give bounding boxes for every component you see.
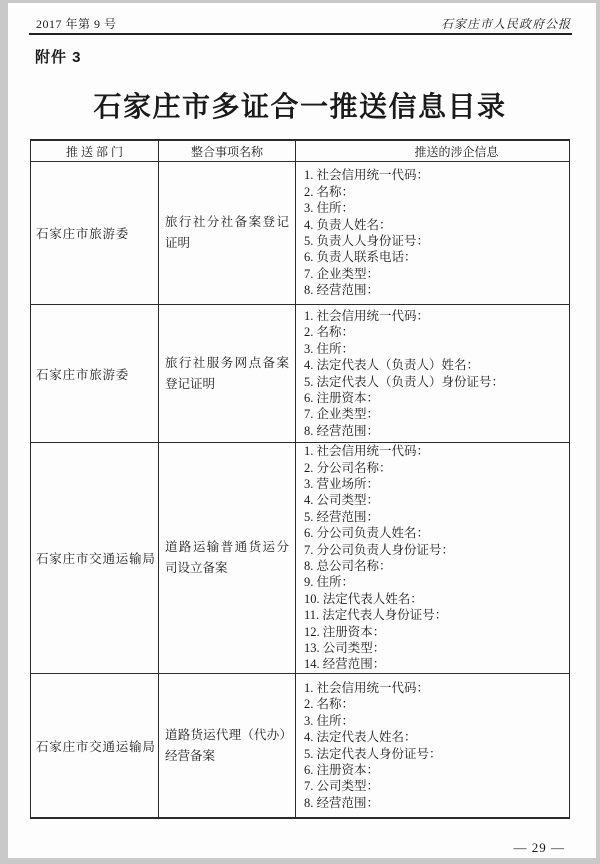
- info-cell: 1. 社会信用统一代码：2. 名称：3. 住所：4. 负责人姓名：5. 负责人人…: [296, 162, 569, 305]
- info-item: 11. 法定代表人身份证号：: [304, 607, 569, 623]
- info-item: 7. 企业类型：: [304, 406, 569, 422]
- item-cell: 旅行社分社备案登记证明: [159, 162, 296, 305]
- info-item: 6. 分公司负责人姓名：: [304, 525, 569, 541]
- item-cell: 道路货运代理（代办）经营备案: [159, 674, 296, 817]
- info-item: 4. 负责人姓名：: [304, 217, 569, 233]
- info-item: 3. 营业场所：: [304, 476, 569, 492]
- info-item: 10. 法定代表人姓名：: [304, 591, 569, 607]
- info-item: 8. 经营范围：: [304, 423, 569, 439]
- document-title: 石家庄市多证合一推送信息目录: [0, 85, 600, 125]
- info-item: 5. 法定代表人身份证号：: [304, 746, 569, 762]
- info-item: 7. 企业类型：: [304, 266, 569, 282]
- info-item: 6. 注册资本：: [304, 390, 569, 406]
- info-item: 3. 住所：: [304, 713, 569, 729]
- item-cell: 旅行社服务网点备案登记证明: [159, 305, 296, 443]
- department-cell: 石家庄市旅游委: [31, 162, 159, 305]
- info-item: 6. 负责人联系电话：: [304, 249, 569, 265]
- info-item: 3. 住所：: [304, 341, 569, 357]
- department-cell: 石家庄市交通运输局: [31, 443, 159, 674]
- issue-number: 2017 年第 9 号: [36, 15, 117, 32]
- info-item: 7. 分公司负责人身份证号：: [304, 542, 569, 558]
- info-item: 2. 名称：: [304, 184, 569, 200]
- info-item: 8. 总公司名称：: [304, 558, 569, 574]
- item-cell: 道路运输普通货运分司设立备案: [159, 443, 296, 674]
- info-cell: 1. 社会信用统一代码：2. 名称：3. 住所：4. 法定代表人姓名：5. 法定…: [296, 674, 569, 817]
- item-name: 道路运输普通货运分司设立备案: [165, 537, 289, 579]
- item-name: 道路货运代理（代办）经营备案: [165, 725, 292, 767]
- header-cell-item: 整合事项名称: [159, 141, 296, 162]
- info-item: 3. 住所：: [304, 200, 569, 216]
- gazette-title: 石家庄市人民政府公报: [441, 15, 571, 32]
- info-item: 7. 公司类型：: [304, 778, 569, 794]
- info-item: 4. 公司类型：: [304, 492, 569, 508]
- department-cell: 石家庄市旅游委: [31, 305, 159, 443]
- header-rule: [29, 33, 572, 35]
- info-cell: 1. 社会信用统一代码：2. 分公司名称：3. 营业场所：4. 公司类型：5. …: [296, 443, 569, 674]
- info-item: 5. 法定代表人（负责人）身份证号：: [304, 374, 569, 390]
- info-item: 1. 社会信用统一代码：: [304, 167, 569, 183]
- info-item: 4. 法定代表人（负责人）姓名：: [304, 357, 569, 373]
- department-cell: 石家庄市交通运输局: [31, 674, 159, 817]
- info-item: 5. 负责人人身份证号：: [304, 233, 569, 249]
- info-item: 1. 社会信用统一代码：: [304, 680, 569, 696]
- info-item: 9. 住所：: [304, 574, 569, 590]
- info-cell: 1. 社会信用统一代码：2. 名称：3. 住所：4. 法定代表人（负责人）姓名：…: [296, 305, 569, 443]
- info-item: 14. 经营范围：: [304, 656, 569, 672]
- info-item: 2. 名称：: [304, 696, 569, 712]
- info-item: 5. 经营范围：: [304, 509, 569, 525]
- scanned-gazette-page: { "page": { "header": { "issue": "2017 年…: [0, 0, 600, 864]
- info-item: 2. 分公司名称：: [304, 460, 569, 476]
- page-number: — 29 —: [514, 840, 566, 856]
- attachment-label: 附件 3: [35, 46, 82, 67]
- item-name: 旅行社服务网点备案登记证明: [165, 353, 289, 395]
- item-name: 旅行社分社备案登记证明: [165, 212, 289, 254]
- info-item: 12. 注册资本：: [304, 624, 569, 640]
- info-item: 13. 公司类型：: [304, 640, 569, 656]
- info-item: 6. 注册资本：: [304, 762, 569, 778]
- info-item: 4. 法定代表人姓名：: [304, 729, 569, 745]
- info-item: 8. 经营范围：: [304, 282, 569, 298]
- info-item: 2. 名称：: [304, 324, 569, 340]
- header-cell-info: 推送的涉企信息: [296, 141, 569, 162]
- info-item: 1. 社会信用统一代码：: [304, 308, 569, 324]
- info-item: 8. 经营范围：: [304, 795, 569, 811]
- header-cell-department: 推送部门: [31, 141, 159, 162]
- page-content: 2017 年第 9 号 石家庄市人民政府公报 附件 3 石家庄市多证合一推送信息…: [0, 0, 600, 864]
- info-item: 1. 社会信用统一代码：: [304, 443, 569, 459]
- info-table: 推送部门 整合事项名称 推送的涉企信息 石家庄市旅游委 旅行社分社备案登记证明 …: [30, 139, 570, 819]
